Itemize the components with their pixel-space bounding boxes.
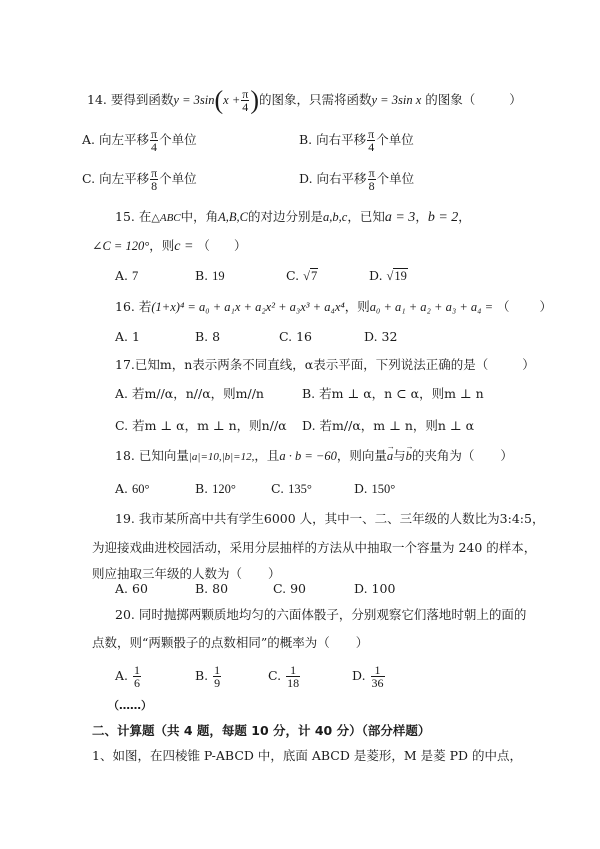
stem-text: 若: [139, 299, 152, 314]
answer-paren-close: ）: [540, 299, 553, 314]
question-number: 18.: [115, 448, 135, 463]
radicand: 7: [310, 268, 318, 283]
stem-text: 要得到函数: [111, 92, 174, 107]
math-expr: y = 3sin: [173, 93, 214, 107]
stem-text: 的夹角为（: [412, 448, 475, 463]
math-expr: y = 3sin x: [372, 93, 422, 107]
option-label: C.: [115, 418, 128, 433]
option-value: 60°: [132, 482, 150, 496]
option-label: D.: [369, 268, 383, 283]
option-label: A.: [115, 268, 128, 283]
denominator: 9: [213, 677, 221, 689]
option-value: 90: [290, 581, 306, 596]
option-label: D.: [364, 329, 378, 344]
option-value: 1: [132, 329, 140, 344]
fraction: 19: [213, 664, 221, 689]
option-value: 60: [132, 581, 148, 596]
option-label: C.: [286, 268, 299, 283]
option-b: B. 19: [195, 664, 222, 689]
option-text: 若m//α，m ⊥ n，则n ⊥ α: [320, 418, 475, 433]
option-value: 19: [212, 269, 225, 283]
vector-a: a: [387, 447, 393, 465]
question-number: 16.: [115, 299, 135, 314]
option-a: A. 若m//α，n//α，则m//n: [115, 385, 264, 403]
denominator: 8: [368, 180, 376, 192]
option-label: D.: [354, 481, 368, 496]
stem-text: ，已知: [347, 209, 385, 224]
question-number: 17.: [115, 357, 135, 372]
option-label: A.: [115, 386, 128, 401]
left-paren: (: [214, 86, 223, 115]
fraction: π8: [150, 167, 158, 192]
option-text: 若m//α，n//α，则m//n: [132, 386, 264, 401]
option-text: 若m ⊥ α，m ⊥ n，则n//α: [132, 418, 287, 433]
math-expr: ∠C = 120°: [92, 239, 149, 253]
option-label: A.: [115, 668, 128, 683]
denominator: 4: [367, 141, 375, 153]
option-label: B.: [302, 386, 315, 401]
stem-text: 中，角: [181, 209, 219, 224]
stem-text: 已知m，n表示两条不同直线，α表示平面，下列说法正确的是（: [135, 357, 488, 372]
math-expr: x +: [223, 93, 240, 107]
stem-text: 在: [139, 209, 152, 224]
fraction: π4: [367, 128, 375, 153]
option-d: D. 150°: [354, 480, 395, 498]
math-expr: b = 2: [428, 210, 458, 225]
math-expr: c =: [174, 239, 193, 254]
option-c: C. 16: [279, 328, 312, 346]
option-label: C.: [271, 481, 284, 496]
stem-text: ，则: [149, 238, 174, 253]
stem-text: 则应抽取三年级的人数为（: [92, 566, 242, 581]
option-c: C. 向左平移π8个单位: [82, 167, 197, 192]
option-label: B.: [195, 329, 208, 344]
stem-text: 点数，则“两颗骰子的点数相同”的概率为（: [92, 635, 330, 650]
option-d: D. 100: [354, 580, 395, 598]
stem-text: 已知向量: [139, 448, 189, 463]
option-label: A.: [115, 481, 128, 496]
option-label: C.: [82, 171, 95, 186]
fraction: π4: [241, 88, 249, 113]
option-label: A.: [115, 329, 128, 344]
stem-text: ，则向量: [337, 448, 387, 463]
option-label: B.: [195, 668, 208, 683]
denominator: 8: [150, 180, 158, 192]
denominator: 6: [133, 677, 141, 689]
option-label: D.: [302, 418, 316, 433]
stem-text: ，: [415, 209, 428, 224]
option-a: A. 60°: [115, 480, 150, 498]
answer-paren-close: ）: [234, 238, 247, 253]
answer-paren-close: ）: [356, 635, 369, 650]
right-paren: ): [250, 86, 259, 115]
option-c: C. 118: [268, 664, 301, 689]
question-18-stem: 18. 已知向量|a|=10,|b|=12,，且a · b = −60，则向量a…: [115, 447, 513, 466]
math-expr: |a|=10,|b|=12,: [189, 451, 254, 463]
option-label: D.: [299, 171, 313, 186]
option-value: 7: [132, 269, 138, 283]
answer-paren-close: ）: [509, 92, 522, 107]
question-number: 19.: [115, 511, 135, 526]
stem-text: ，: [458, 209, 471, 224]
option-d: D. √19: [369, 267, 408, 285]
stem-text: 与: [393, 448, 406, 463]
question-number: 15.: [115, 209, 135, 224]
option-b: B. 8: [195, 328, 220, 346]
math-expr: A,B,C: [218, 210, 248, 224]
fraction: 136: [371, 664, 385, 689]
option-c: C. √7: [286, 267, 318, 285]
math-expr: a · b = −60: [279, 449, 337, 463]
option-c: C. 若m ⊥ α，m ⊥ n，则n//α: [115, 417, 287, 435]
option-d: D. 136: [352, 664, 386, 689]
fraction: π4: [150, 128, 158, 153]
option-label: C.: [273, 581, 286, 596]
math-expr: a = 3: [385, 210, 415, 225]
math-expr: a₀ + a₁ + a₂ + a₃ + a₄ =: [370, 300, 493, 314]
option-c: C. 135°: [271, 480, 312, 498]
answer-paren-close: ）: [522, 357, 535, 372]
stem-text: 我市某所高中共有学生6000 人，其中一、二、三年级的人数比为3:4:5，: [139, 511, 545, 526]
option-text: 个单位: [376, 132, 414, 147]
radicand: 19: [393, 268, 408, 283]
option-label: A.: [82, 132, 95, 147]
math-expr: (1+x)⁴ = a₀ + a₁x + a₂x² + a₃x³ + a₄x⁴: [151, 300, 344, 314]
stem-text: 为迎接戏曲进校园活动，采用分层抽样的方法从中抽取一个容量为 240 的样本，: [92, 540, 536, 555]
vector-b: b: [406, 447, 412, 465]
fraction: π8: [368, 167, 376, 192]
option-label: B.: [299, 132, 312, 147]
option-a: A. 向左平移π4个单位: [82, 128, 197, 153]
option-b: B. 向右平移π4个单位: [299, 128, 414, 153]
square-root: √7: [303, 268, 318, 283]
option-b: B. 120°: [195, 480, 236, 498]
denominator: 4: [241, 101, 249, 113]
omitted-questions-ellipsis: （……）: [108, 697, 152, 715]
denominator: 36: [371, 677, 385, 689]
option-label: B.: [195, 481, 208, 496]
section-2-question-1: 1、如图，在四棱锥 P-ABCD 中，底面 ABCD 是菱形，M 是菱 PD 的…: [92, 747, 522, 765]
denominator: 18: [286, 677, 300, 689]
question-19-stem: 19. 我市某所高中共有学生6000 人，其中一、二、三年级的人数比为3:4:5…: [115, 510, 544, 528]
option-label: A.: [115, 581, 128, 596]
square-root: √19: [387, 268, 408, 283]
option-a: A. 1: [115, 328, 140, 346]
option-text: 向左平移: [99, 132, 149, 147]
question-15-stem-line2: ∠C = 120°，则c = （）: [92, 237, 246, 256]
option-text: 个单位: [159, 171, 197, 186]
denominator: 4: [150, 141, 158, 153]
option-d: D. 32: [364, 328, 397, 346]
stem-text: ，则: [345, 299, 370, 314]
stem-text: 同时抛掷两颗质地均匀的六面体骰子，分别观察它们落地时朝上的面的: [139, 607, 527, 622]
section-2-header: 二、计算题（共 4 题，每题 10 分，计 40 分）（部分样题）: [92, 722, 430, 740]
question-17-stem: 17.已知m，n表示两条不同直线，α表示平面，下列说法正确的是（）: [115, 356, 535, 374]
answer-paren-open: （: [497, 299, 510, 314]
stem-text: ，且: [254, 448, 279, 463]
option-value: 135°: [288, 482, 312, 496]
math-expr: △ABC: [151, 212, 180, 224]
option-value: 80: [212, 581, 228, 596]
option-label: D.: [354, 581, 368, 596]
option-text: 若m ⊥ α，n ⊂ α，则m ⊥ n: [319, 386, 484, 401]
option-text: 向右平移: [316, 132, 366, 147]
option-d: D. 若m//α，m ⊥ n，则n ⊥ α: [302, 417, 474, 435]
question-15-stem: 15. 在△ABC中，角A,B,C的对边分别是a,b,c，已知a = 3，b =…: [115, 208, 471, 227]
fraction: 118: [286, 664, 300, 689]
answer-paren-close: ）: [500, 448, 513, 463]
option-label: C.: [279, 329, 292, 344]
option-value: 150°: [372, 482, 396, 496]
option-value: 16: [296, 329, 312, 344]
question-16-stem: 16. 若(1+x)⁴ = a₀ + a₁x + a₂x² + a₃x³ + a…: [115, 298, 552, 316]
answer-paren-open: （: [197, 238, 210, 253]
option-value: 120°: [212, 482, 236, 496]
option-value: 32: [382, 329, 398, 344]
option-label: C.: [268, 668, 281, 683]
option-c: C. 90: [273, 580, 306, 598]
answer-paren-close: ）: [268, 566, 281, 581]
stem-text: 的图象（: [425, 92, 475, 107]
stem-text: 的图象，只需将函数: [259, 92, 372, 107]
option-b: B. 19: [195, 267, 225, 285]
option-text: 个单位: [159, 132, 197, 147]
math-expr: a,b,c: [323, 210, 347, 224]
option-text: 向左平移: [99, 171, 149, 186]
question-20-stem-line2: 点数，则“两颗骰子的点数相同”的概率为（）: [92, 634, 368, 652]
option-text: 向右平移: [317, 171, 367, 186]
question-19-stem-line2: 为迎接戏曲进校园活动，采用分层抽样的方法从中抽取一个容量为 240 的样本，: [92, 539, 536, 557]
option-a: A. 60: [115, 580, 148, 598]
option-d: D. 向右平移π8个单位: [299, 167, 414, 192]
option-b: B. 若m ⊥ α，n ⊂ α，则m ⊥ n: [302, 385, 484, 403]
question-number: 14.: [87, 92, 107, 107]
question-number: 20.: [115, 607, 135, 622]
option-a: A. 16: [115, 664, 142, 689]
option-value: 8: [212, 329, 220, 344]
fraction: 16: [133, 664, 141, 689]
option-label: D.: [352, 668, 366, 683]
question-14-stem: 14. 要得到函数y = 3sin(x +π4)的图象，只需将函数y = 3si…: [87, 88, 522, 113]
option-b: B. 80: [195, 580, 228, 598]
option-label: B.: [195, 581, 208, 596]
stem-text: 的对边分别是: [248, 209, 323, 224]
option-a: A. 7: [115, 267, 138, 285]
option-text: 个单位: [377, 171, 415, 186]
option-value: 100: [372, 581, 396, 596]
option-label: B.: [195, 268, 208, 283]
question-20-stem: 20. 同时抛掷两颗质地均匀的六面体骰子，分别观察它们落地时朝上的面的: [115, 606, 526, 624]
